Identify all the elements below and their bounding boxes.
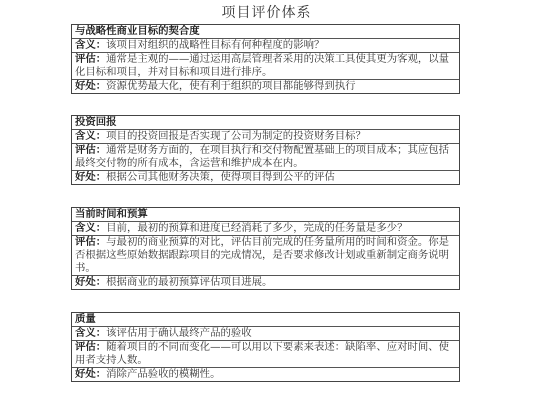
benefit-text: 消除产品验收的模糊性。 bbox=[106, 368, 220, 380]
meaning-text: 目前，最初的预算和进度已经消耗了多少，完成的任务量是多少？ bbox=[106, 222, 407, 234]
evaluation-text: 与最初的商业预算的对比，评估目前完成的任务量所用的时间和资金。你是否根据这些原始… bbox=[75, 236, 449, 274]
section-time-budget: 当前时间和预算 含义：目前，最初的预算和进度已经消耗了多少，完成的任务量是多少？… bbox=[71, 207, 460, 290]
evaluation-label: 评估： bbox=[75, 341, 106, 353]
meaning-text: 该项目对组织的战略性目标有何种程度的影响？ bbox=[106, 39, 324, 51]
evaluation-label: 评估： bbox=[75, 236, 106, 248]
benefit-row: 好处：根据商业的最初预算评估项目进展。 bbox=[72, 275, 459, 289]
section-roi: 投资回报 含义：项目的投资回报是否实现了公司为制定的投资财务目标？ 评估：通常是… bbox=[71, 115, 460, 185]
evaluation-row: 评估：通常是主观的——通过运用高层管理者采用的决策工具使其更为客观，以量化目标和… bbox=[72, 52, 459, 79]
section-heading: 当前时间和预算 bbox=[72, 208, 459, 221]
benefit-row: 好处：消除产品验收的模糊性。 bbox=[72, 367, 459, 381]
benefit-text: 根据商业的最初预算评估项目进展。 bbox=[106, 276, 272, 288]
section-heading: 质量 bbox=[72, 313, 459, 326]
meaning-label: 含义： bbox=[75, 222, 106, 234]
evaluation-text: 通常是主观的——通过运用高层管理者采用的决策工具使其更为客观，以量化目标和项目，… bbox=[75, 53, 449, 78]
evaluation-label: 评估： bbox=[75, 53, 106, 65]
meaning-label: 含义： bbox=[75, 130, 106, 142]
meaning-text: 项目的投资回报是否实现了公司为制定的投资财务目标？ bbox=[106, 130, 366, 142]
benefit-row: 好处：资源优势最大化，使有利于组织的项目都能够得到执行 bbox=[72, 79, 459, 93]
evaluation-row: 评估：随着项目的不同而变化——可以用以下要素来表述：缺陷率、应对时间、使用者支持… bbox=[72, 340, 459, 367]
section-heading: 投资回报 bbox=[72, 116, 459, 129]
meaning-row: 含义：该评估用于确认最终产品的验收 bbox=[72, 326, 459, 340]
meaning-label: 含义： bbox=[75, 327, 106, 339]
evaluation-text: 随着项目的不同而变化——可以用以下要素来表述：缺陷率、应对时间、使用者支持人数。 bbox=[75, 341, 449, 366]
benefit-row: 好处：根据公司其他财务决策，使得项目得到公平的评估 bbox=[72, 170, 459, 184]
evaluation-text: 通常是财务方面的，在项目执行和交付物配置基础上的项目成本；其应包括最终交付物的所… bbox=[75, 144, 449, 169]
section-heading: 与战略性商业目标的契合度 bbox=[72, 25, 459, 38]
evaluation-row: 评估：通常是财务方面的，在项目执行和交付物配置基础上的项目成本；其应包括最终交付… bbox=[72, 143, 459, 170]
section-strategic-fit: 与战略性商业目标的契合度 含义：该项目对组织的战略性目标有何种程度的影响？ 评估… bbox=[71, 24, 460, 94]
meaning-row: 含义：目前，最初的预算和进度已经消耗了多少，完成的任务量是多少？ bbox=[72, 221, 459, 235]
evaluation-row: 评估：与最初的商业预算的对比，评估目前完成的任务量所用的时间和资金。你是否根据这… bbox=[72, 235, 459, 275]
benefit-label: 好处： bbox=[75, 276, 106, 288]
benefit-label: 好处： bbox=[75, 171, 106, 183]
page-title: 项目评价体系 bbox=[0, 2, 533, 22]
benefit-label: 好处： bbox=[75, 368, 106, 380]
meaning-row: 含义：该项目对组织的战略性目标有何种程度的影响？ bbox=[72, 38, 459, 52]
meaning-label: 含义： bbox=[75, 39, 106, 51]
benefit-text: 根据公司其他财务决策，使得项目得到公平的评估 bbox=[106, 171, 335, 183]
meaning-row: 含义：项目的投资回报是否实现了公司为制定的投资财务目标？ bbox=[72, 129, 459, 143]
benefit-text: 资源优势最大化，使有利于组织的项目都能够得到执行 bbox=[106, 80, 355, 92]
meaning-text: 该评估用于确认最终产品的验收 bbox=[106, 327, 251, 339]
evaluation-label: 评估： bbox=[75, 144, 106, 156]
section-quality: 质量 含义：该评估用于确认最终产品的验收 评估：随着项目的不同而变化——可以用以… bbox=[71, 312, 460, 382]
benefit-label: 好处： bbox=[75, 80, 106, 92]
